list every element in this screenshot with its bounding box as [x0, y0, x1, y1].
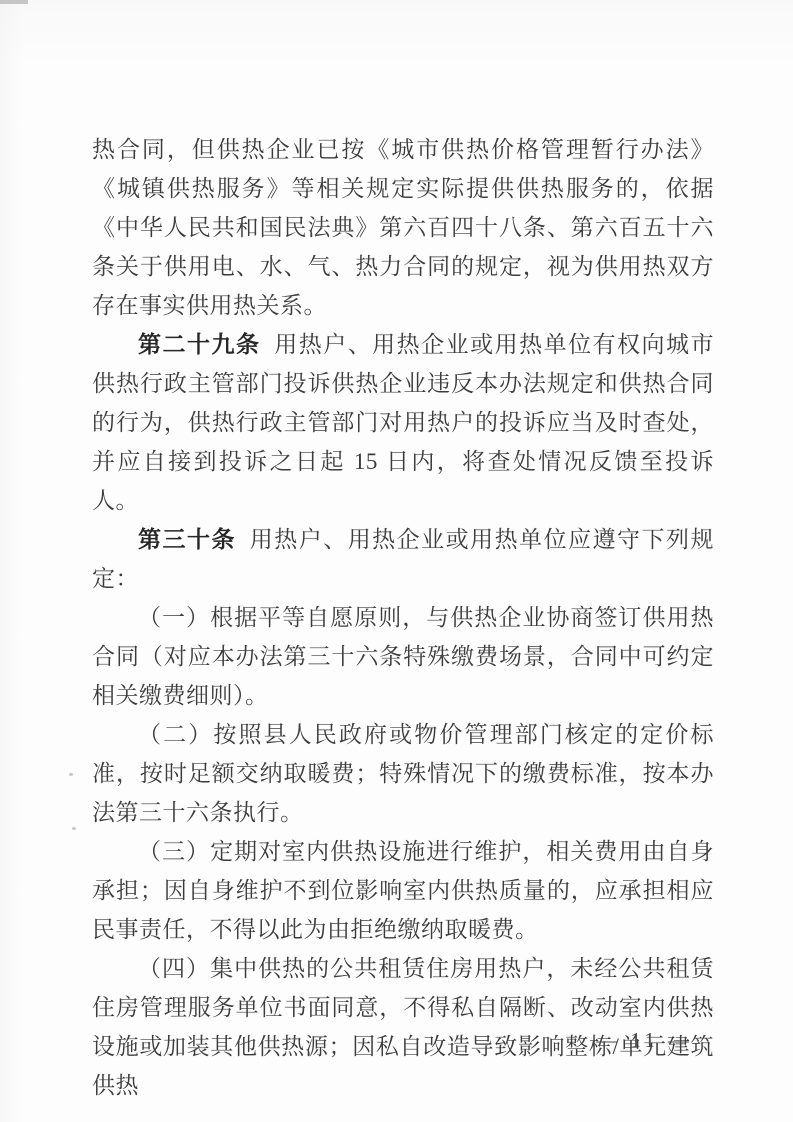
paragraph-article-29: 第二十九条用热户、用热企业或用热单位有权向城市供热行政主管部门投诉供热企业违反本…: [92, 325, 714, 520]
article-heading: 第三十条: [138, 527, 236, 552]
paragraph-text: （四）集中供热的公共租赁住房用热户，未经公共租赁住房管理服务单位书面同意，不得私…: [92, 956, 714, 1098]
scan-artifact-corner: [0, 0, 28, 4]
paragraph-text: （二）按照县人民政府或物价管理部门核定的定价标准，按时足额交纳取暖费；特殊情况下…: [92, 722, 714, 825]
paragraph-article-30: 第三十条用热户、用热企业或用热单位应遵守下列规定：: [92, 520, 714, 598]
paragraph-text: 热合同，但供热企业已按《城市供热价格管理暂行办法》《城镇供热服务》等相关规定实际…: [92, 137, 714, 318]
article-heading: 第二十九条: [138, 332, 260, 357]
scanned-document-page: 热合同，但供热企业已按《城市供热价格管理暂行办法》《城镇供热服务》等相关规定实际…: [0, 0, 793, 1122]
scan-artifact-speck: [72, 827, 76, 830]
paragraph-text: （一）根据平等自愿原则，与供热企业协商签订供用热合同（对应本办法第三十六条特殊缴…: [92, 605, 714, 708]
paragraph-item-1: （一）根据平等自愿原则，与供热企业协商签订供用热合同（对应本办法第三十六条特殊缴…: [92, 598, 714, 715]
paragraph-item-2: （二）按照县人民政府或物价管理部门核定的定价标准，按时足额交纳取暖费；特殊情况下…: [92, 715, 714, 832]
paragraph-item-3: （三）定期对室内供热设施进行维护，相关费用由自身承担；因自身维护不到位影响室内供…: [92, 832, 714, 949]
page-number: — 11 —: [596, 1028, 693, 1053]
document-body: 热合同，但供热企业已按《城市供热价格管理暂行办法》《城镇供热服务》等相关规定实际…: [92, 130, 714, 1105]
paragraph-item-4: （四）集中供热的公共租赁住房用热户，未经公共租赁住房管理服务单位书面同意，不得私…: [92, 949, 714, 1105]
paragraph-text: （三）定期对室内供热设施进行维护，相关费用由自身承担；因自身维护不到位影响室内供…: [92, 839, 714, 942]
paragraph-continuation: 热合同，但供热企业已按《城市供热价格管理暂行办法》《城镇供热服务》等相关规定实际…: [92, 130, 714, 325]
paragraph-text: 用热户、用热企业或用热单位有权向城市供热行政主管部门投诉供热企业违反本办法规定和…: [92, 332, 714, 513]
scan-artifact-speck: [69, 773, 73, 776]
